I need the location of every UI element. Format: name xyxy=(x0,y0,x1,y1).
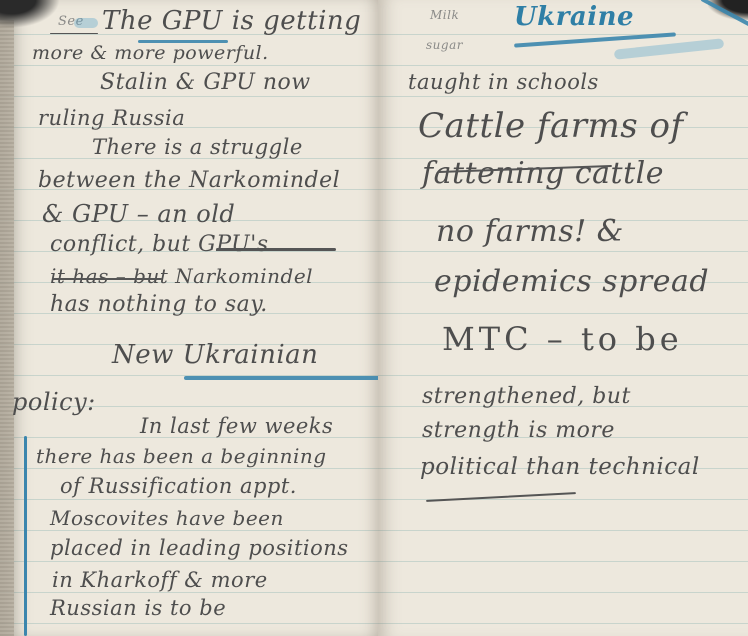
notebook-spread: See The GPU is getting more & more power… xyxy=(0,0,748,636)
text-line: ruling Russia xyxy=(38,106,185,130)
text-line: has nothing to say. xyxy=(50,292,268,317)
text-line: more & more powerful. xyxy=(32,42,269,64)
blue-mark xyxy=(74,18,98,28)
margin-note: sugar xyxy=(426,38,463,52)
text-line: There is a struggle xyxy=(92,135,303,159)
margin-underline xyxy=(50,33,98,34)
text-line: in Kharkoff & more xyxy=(52,568,268,592)
text-line: Cattle farms of xyxy=(418,106,684,146)
page-heading: Ukraine xyxy=(514,2,634,32)
text-line: taught in schools xyxy=(408,70,599,94)
section-heading: New Ukrainian xyxy=(112,340,318,370)
text-line: of Russification appt. xyxy=(60,474,297,498)
text-line: policy: xyxy=(12,388,96,416)
text-line: between the Narkomindel xyxy=(38,168,340,193)
underline xyxy=(426,492,576,502)
text-line: political than technical xyxy=(420,454,700,480)
blue-scribble xyxy=(614,38,724,59)
text-line: Moscovites have been xyxy=(50,506,284,530)
margin-note: Milk xyxy=(430,8,459,22)
text-line: epidemics spread xyxy=(434,264,709,299)
text-line: it has – but Narkomindel xyxy=(50,264,313,288)
text-line: MTC – to be xyxy=(442,320,683,358)
text-line: no farms! & xyxy=(436,214,624,249)
page-edge xyxy=(0,20,14,636)
heading-underline xyxy=(184,376,380,380)
strikethrough xyxy=(216,248,336,251)
text-line: The GPU is getting xyxy=(102,6,361,36)
text-line: fattening cattle xyxy=(422,156,664,191)
text-line: strength is more xyxy=(422,418,615,443)
text-line: there has been a beginning xyxy=(36,444,327,468)
text-line: In last few weeks xyxy=(140,414,333,438)
text-line: strengthened, but xyxy=(422,384,631,409)
text-line: placed in leading positions xyxy=(50,536,349,560)
left-page: See The GPU is getting more & more power… xyxy=(0,0,378,636)
right-page: Milk sugar Ukraine taught in schools Cat… xyxy=(378,0,748,636)
margin-bar xyxy=(24,436,27,636)
text-line: Russian is to be xyxy=(50,596,226,620)
text-line: conflict, but GPU's xyxy=(50,232,269,257)
text-line: & GPU – an old xyxy=(42,200,235,228)
binding-shadow xyxy=(0,0,60,28)
strikethrough xyxy=(52,278,162,280)
text-line: Stalin & GPU now xyxy=(100,70,311,95)
